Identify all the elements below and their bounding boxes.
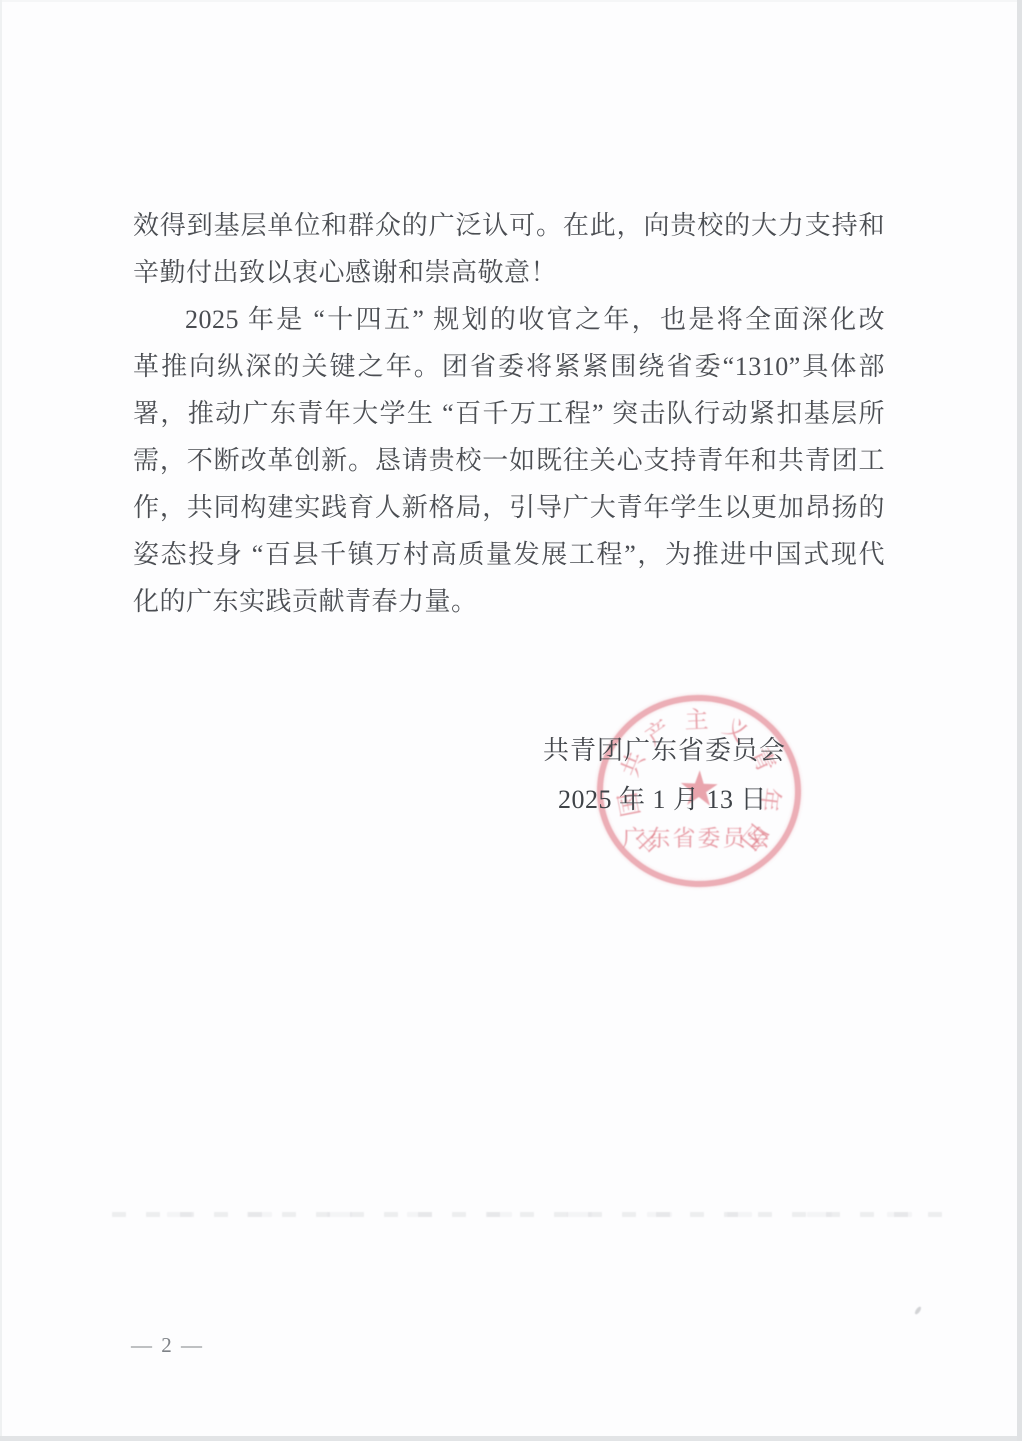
signature-date: 2025 年 1 月 13 日 — [558, 781, 767, 819]
body-line: 姿态投身 “百县千镇万村高质量发展工程”，为推进中国式现代 — [133, 531, 885, 578]
body-line: 需，不断改革创新。恳请贵校一如既往关心支持青年和共青团工 — [133, 437, 885, 484]
scan-artifact-band — [112, 1212, 962, 1217]
page-number: — 2 — — [131, 1330, 204, 1360]
scan-speck — [914, 1306, 922, 1316]
body-line: 革推向纵深的关键之年。团省委将紧紧围绕省委“1310”具体部 — [133, 343, 885, 390]
body-line: 化的广东实践贡献青春力量。 — [133, 578, 885, 625]
seal-bottom-text: 广东省委员会 — [622, 820, 772, 853]
body-line: 效得到基层单位和群众的广泛认可。在此，向贵校的大力支持和 — [133, 202, 885, 249]
body-line: 作，共同构建实践育人新格局，引导广大青年学生以更加昂扬的 — [133, 484, 885, 531]
body-line: 辛勤付出致以衷心感谢和崇高敬意！ — [133, 249, 885, 296]
body-line: 2025 年是 “十四五” 规划的收官之年，也是将全面深化改 — [133, 296, 885, 343]
letter-body: 效得到基层单位和群众的广泛认可。在此，向贵校的大力支持和 辛勤付出致以衷心感谢和… — [133, 202, 885, 625]
signature-org: 共青团广东省委员会 — [543, 731, 786, 771]
body-line: 署，推动广东青年大学生 “百千万工程” 突击队行动紧扣基层所 — [133, 390, 885, 437]
scanned-letter-page: 效得到基层单位和群众的广泛认可。在此，向贵校的大力支持和 辛勤付出致以衷心感谢和… — [0, 0, 1022, 1441]
